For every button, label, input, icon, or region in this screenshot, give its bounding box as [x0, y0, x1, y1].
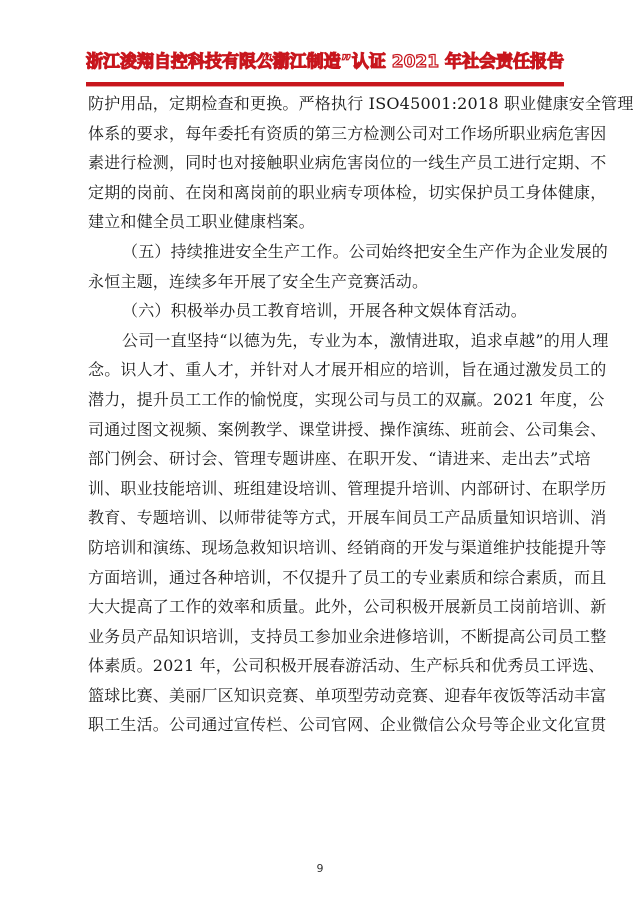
header-divider-shadow	[86, 86, 564, 87]
page-number: 9	[0, 862, 640, 875]
text-line: 定期的岗前、在岗和离岗前的职业病专项体检，切实保护员工身体健康，	[88, 178, 560, 208]
text-line: 大大提高了工作的效率和质量。此外，公司积极开展新员工岗前培训、新	[88, 592, 560, 622]
text-line: 素进行检测，同时也对接触职业病危害岗位的一线生产员工进行定期、不	[88, 148, 560, 178]
text-line: （五）持续推进安全生产工作。公司始终把安全生产作为企业发展的	[88, 237, 560, 267]
text-line: 司通过图文视频、案例教学、课堂讲授、操作演练、班前会、公司集会、	[88, 415, 560, 445]
text-line: 篮球比赛、美丽厂区知识竞赛、单项型劳动竞赛、迎春年夜饭等活动丰富	[88, 681, 560, 711]
header-report-title: “浙江制造”认证 2021 年社会责任报告	[262, 50, 565, 74]
text-line: 建立和健全员工职业健康档案。	[88, 207, 560, 237]
header-company-name: 浙江浚翔自控科技有限公司	[86, 50, 290, 74]
text-line: 业务员产品知识培训，支持员工参加业余进修培训，不断提高公司员工整	[88, 622, 560, 652]
text-line: 教育、专题培训、以师带徒等方式，开展车间员工产品质量知识培训、消	[88, 503, 560, 533]
body-text: 防护用品，定期检查和更换。严格执行 ISO45001:2018 职业健康安全管理…	[88, 89, 560, 740]
text-line: 潜力，提升员工工作的愉悦度，实现公司与员工的双赢。2021 年度，公	[88, 385, 560, 415]
page-header: 浙江浚翔自控科技有限公司 “浙江制造”认证 2021 年社会责任报告	[86, 48, 564, 88]
text-line: 念。识人才、重人才，并针对人才展开相应的培训，旨在通过激发员工的	[88, 355, 560, 385]
text-line: 训、职业技能培训、班组建设培训、管理提升培训、内部研讨、在职学历	[88, 474, 560, 504]
text-line: 防护用品，定期检查和更换。严格执行 ISO45001:2018 职业健康安全管理	[88, 89, 560, 119]
text-line: 职工生活。公司通过宣传栏、公司官网、企业微信公众号等企业文化宣贯	[88, 710, 560, 740]
text-line: 体系的要求，每年委托有资质的第三方检测公司对工作场所职业病危害因	[88, 119, 560, 149]
text-line: 公司一直坚持“以德为先，专业为本，激情进取，追求卓越”的用人理	[88, 326, 560, 356]
text-line: （六）积极举办员工教育培训，开展各种文娱体育活动。	[88, 296, 560, 326]
text-line: 永恒主题，连续多年开展了安全生产竞赛活动。	[88, 267, 560, 297]
text-line: 防培训和演练、现场急救知识培训、经销商的开发与渠道维护技能提升等	[88, 533, 560, 563]
text-line: 方面培训，通过各种培训，不仅提升了员工的专业素质和综合素质，而且	[88, 563, 560, 593]
text-line: 部门例会、研讨会、管理专题讲座、在职开发、“请进来、走出去”式培	[88, 444, 560, 474]
text-line: 体素质。2021 年，公司积极开展春游活动、生产标兵和优秀员工评选、	[88, 651, 560, 681]
